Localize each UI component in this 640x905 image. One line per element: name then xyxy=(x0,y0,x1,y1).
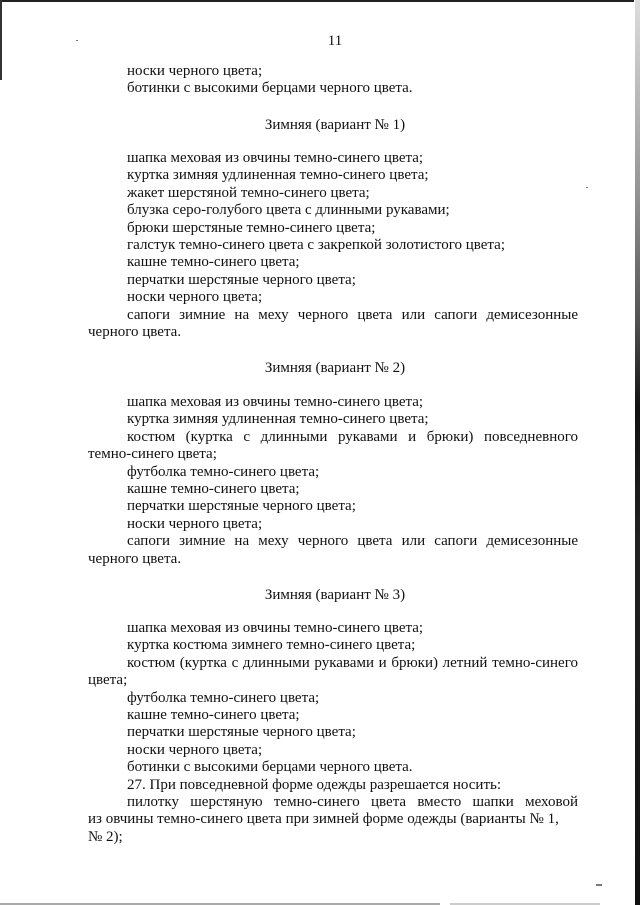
scan-speck xyxy=(586,187,588,188)
list-item: галстук темно-синего цвета с закрепкой з… xyxy=(88,237,578,254)
scan-border-top xyxy=(0,0,634,2)
section-heading-variant-3: Зимняя (вариант № 3) xyxy=(0,587,640,604)
list-item: перчатки шерстяные черного цвета; xyxy=(88,724,578,741)
list-item: перчатки шерстяные черного цвета; xyxy=(88,272,578,289)
section2-list: шапка меховая из овчины темно-синего цве… xyxy=(88,394,578,568)
list-item-wrapped: костюм (куртка с длинными рукавами и брю… xyxy=(88,655,578,672)
section3-list: шапка меховая из овчины темно-синего цве… xyxy=(88,620,578,846)
section-heading-variant-2: Зимняя (вариант № 2) xyxy=(0,360,640,377)
clause-27-title: 27. При повседневной форме одежды разреш… xyxy=(88,777,578,794)
list-item: перчатки шерстяные черного цвета; xyxy=(88,498,578,515)
list-item: кашне темно-синего цвета; xyxy=(88,254,578,271)
list-item-continuation: цвета; xyxy=(88,672,578,689)
list-item: кашне темно-синего цвета; xyxy=(88,707,578,724)
clause-27-continuation: № 2); xyxy=(88,829,578,846)
list-item-wrapped: сапоги зимние на меху черного цвета или … xyxy=(88,533,578,550)
list-item-continuation: черного цвета. xyxy=(88,551,578,568)
clause-27-continuation: из овчины темно-синего цвета при зимней … xyxy=(88,811,578,828)
list-item: шапка меховая из овчины темно-синего цве… xyxy=(88,150,578,167)
list-item: шапка меховая из овчины темно-синего цве… xyxy=(88,394,578,411)
list-item: футболка темно-синего цвета; xyxy=(88,464,578,481)
list-item: ботинки с высокими берцами черного цвета… xyxy=(88,80,578,97)
list-item: куртка зимняя удлиненная темно-синего цв… xyxy=(88,167,578,184)
list-item: куртка костюма зимнего темно-синего цвет… xyxy=(88,637,578,654)
list-item: кашне темно-синего цвета; xyxy=(88,481,578,498)
intro-block: носки черного цвета; ботинки с высокими … xyxy=(88,63,578,98)
scan-border-right xyxy=(635,0,640,905)
list-item: ботинки с высокими берцами черного цвета… xyxy=(88,759,578,776)
list-item: футболка темно-синего цвета; xyxy=(88,690,578,707)
scan-speck xyxy=(596,884,602,886)
list-item: куртка зимняя удлиненная темно-синего цв… xyxy=(88,411,578,428)
list-item: носки черного цвета; xyxy=(88,742,578,759)
list-item: брюки шерстяные темно-синего цвета; xyxy=(88,220,578,237)
list-item: жакет шерстяной темно-синего цвета; xyxy=(88,185,578,202)
document-page: 11 носки черного цвета; ботинки с высоки… xyxy=(0,0,640,905)
list-item: шапка меховая из овчины темно-синего цве… xyxy=(88,620,578,637)
section1-list: шапка меховая из овчины темно-синего цве… xyxy=(88,150,578,341)
list-item-continuation: темно-синего цвета; xyxy=(88,446,578,463)
list-item: носки черного цвета; xyxy=(88,63,578,80)
list-item-wrapped: сапоги зимние на меху черного цвета или … xyxy=(88,307,578,324)
list-item: носки черного цвета; xyxy=(88,289,578,306)
list-item: блузка серо-голубого цвета с длинными ру… xyxy=(88,202,578,219)
section-heading-variant-1: Зимняя (вариант № 1) xyxy=(0,117,640,134)
list-item-wrapped: костюм (куртка с длинными рукавами и брю… xyxy=(88,429,578,446)
list-item: носки черного цвета; xyxy=(88,516,578,533)
page-number: 11 xyxy=(0,33,640,50)
clause-27-line: пилотку шерстяную темно-синего цвета вме… xyxy=(88,794,578,811)
list-item-continuation: черного цвета. xyxy=(88,324,578,341)
